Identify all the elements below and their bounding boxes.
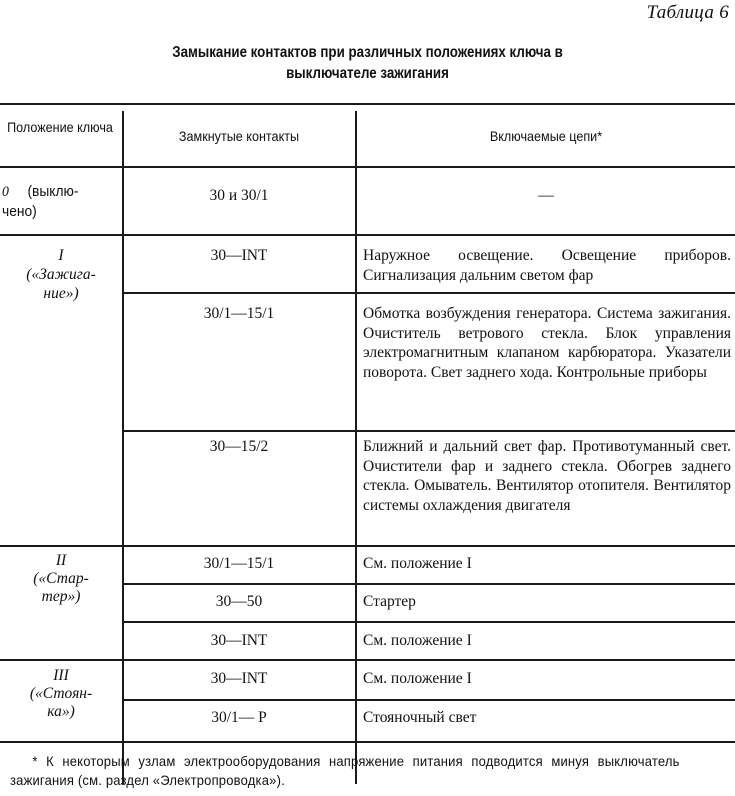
contacts-cell: 30 и 30/1	[124, 186, 354, 206]
group-rule-3	[0, 659, 735, 661]
group-rule-2	[0, 545, 735, 547]
contacts-cell: 30—INT	[124, 631, 354, 651]
row-rule	[122, 430, 735, 432]
header-circuits: Включаемые цепи*	[376, 127, 716, 145]
contacts-cell: 30/1— P	[124, 708, 354, 728]
contacts-cell: 30—50	[124, 592, 354, 612]
table-bottom-rule	[0, 741, 735, 743]
row-rule	[122, 292, 735, 294]
contacts-cell: 30/1—15/1	[124, 304, 354, 324]
table-title: Замыкание контактов при различных положе…	[51, 42, 683, 84]
row-rule	[122, 583, 735, 585]
header-position: Положение ключа	[6, 118, 114, 136]
position-starter: II(«Стар-тер»)	[0, 552, 122, 606]
contacts-cell: 30—INT	[124, 246, 354, 266]
circuits-cell: Стояночный свет	[363, 708, 733, 728]
contacts-cell: 30—INT	[124, 669, 354, 689]
group-rule-1	[0, 234, 735, 236]
title-line-1: Замыкание контактов при различных положе…	[51, 42, 683, 63]
circuits-cell: Ближний и дальний свет фар. Противотуман…	[363, 437, 733, 515]
position-parking: III(«Стоян-ка»)	[0, 667, 122, 721]
position-ignition: I(«Зажига-ние»)	[0, 246, 122, 303]
header-bottom-rule	[0, 166, 735, 168]
circuits-cell: Обмотка возбуждения генератора. Система …	[363, 304, 733, 382]
table-caption: Таблица 6	[647, 2, 729, 24]
row-rule	[122, 699, 735, 701]
column-divider-2	[355, 111, 357, 784]
contacts-cell: 30/1—15/1	[124, 554, 354, 574]
circuits-cell: Наружное освещение. Освещение приборов. …	[363, 246, 733, 285]
circuits-cell: Стартер	[363, 592, 733, 612]
circuits-cell: См. положение I	[363, 554, 733, 574]
circuits-cell: —	[357, 186, 735, 206]
footnote: * К некоторым узлам электрооборудования …	[10, 752, 680, 790]
header-contacts: Замкнутые контакты	[136, 127, 343, 145]
position-off: 0 (выклю-чено)	[2, 182, 111, 222]
position-off-label: (выклю-чено)	[2, 183, 79, 220]
title-line-2: выключателе зажигания	[51, 63, 683, 84]
contacts-cell: 30—15/2	[124, 437, 354, 457]
circuits-cell: См. положение I	[363, 631, 733, 651]
table-top-rule	[0, 103, 735, 105]
circuits-cell: См. положение I	[363, 669, 733, 689]
row-rule	[122, 621, 735, 623]
position-off-numeral: 0	[2, 184, 9, 200]
